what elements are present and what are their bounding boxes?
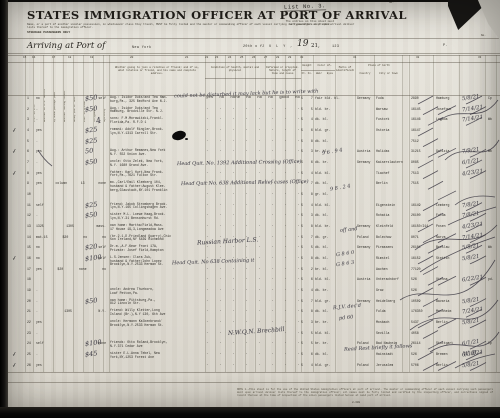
cell-date-handwritten: 7/24/21 [462,307,484,316]
cell-date-handwritten: 5/8/21 [462,254,480,262]
cell-line-number: 23 [27,332,31,336]
cell-ditto-marks: ........ [206,214,300,218]
cell-line-number: 16 [27,257,31,261]
cell-height: 5 6 [301,129,313,133]
manifest-row: 3..sons: F.M.Morawitzki,Frankl. Florida,… [0,116,500,127]
cell-country: Germany [357,97,370,101]
cell-city: Mosbach [376,321,389,325]
cell-initials: Cp [488,342,492,346]
cell-ditto-marks: ........ [206,310,300,314]
cell-city: Fuda [376,97,384,101]
cell-line-number: 10 [27,193,31,197]
no-label-right: No. [481,34,486,37]
cell-ditto-marks: ........ [206,364,300,368]
cell-complexion: bld. gr. [315,300,330,304]
cell-answers: . [36,332,106,336]
cell-line-number: 14 [27,236,31,240]
cell-address: Dr.m.,A.F.Kear Front 17A, Private: Josef… [110,245,164,252]
cell-ditto-marks: ........ [206,118,300,122]
cell-manifest-number: 7513 [411,172,419,176]
cell-place: Hamburg [436,97,449,101]
cell-city: Bolechow [376,236,391,240]
cell-date-handwritten: 4/23/21 [462,168,484,177]
cell-line-number: 3 [27,118,29,122]
cell-date-handwritten: 5/8/21 [462,94,480,102]
cell-place: Posen [436,225,446,229]
cell-city: Sevilla [376,332,389,336]
cell-amount-handwritten: $50 [85,93,98,102]
cell-city: Unterachdorf [376,278,399,282]
cell-complexion: dk. br. [315,161,328,165]
cell-complexion: bld. br. [315,108,330,112]
cell-ditto-marks: ........ [206,268,300,272]
cell-complexion: dk. bl. [315,257,328,261]
cell-place: Berlin [436,364,447,368]
cell-amount-handwritten: $25 [85,200,98,209]
cell-date-handwritten: 5/8/21 [462,243,480,251]
cell-ditto-marks: ........ [206,140,300,144]
cell-ditto-marks: ........ [206,108,300,112]
cell-ditto-marks: ........ [206,321,300,325]
cell-height: 5 5 [301,246,313,250]
cell-initials: pd. [488,278,494,282]
cell-answers: yes [36,172,106,176]
cell-complexion: dk. bl. [315,118,328,122]
column-number: 33 [478,56,481,59]
cell-line-number: 13 [27,225,31,229]
cell-place: Lagoda [436,118,447,122]
cell-height: 5 2 [301,268,313,272]
cell-address: friend: Willy Kletter,Long Island (Br.),… [110,309,165,316]
manifest-row: ✓6yes50Aug.: Arthur Remanes,New York N.Y… [0,148,500,159]
cell-initials: Wb [488,150,492,154]
cell-complexion: bld. gr. [315,129,330,133]
cell-amount-handwritten: $100 [85,253,102,263]
cell-place: Josefowo [436,108,451,112]
cell-amount-handwritten: 50 [85,147,94,156]
date-extra: 123 [332,45,339,49]
cell-place: Fulda [436,214,446,218]
cell-line-number: 2 [27,108,29,112]
cell-city: Fulda [376,310,386,314]
cell-manifest-number: 4058 [411,332,419,336]
cell-address: sons: F.M.Morawitzki,Frankl. Florida,Pa.… [110,117,164,124]
cell-city: Graz [376,289,384,293]
manifest-row: 19.uncle: Andrew Thurborn, Loaf Petton,P… [0,287,500,298]
cell-line-number: 19 [27,289,31,293]
cell-date-handwritten: 6/22/21 [462,275,484,284]
cell-address: Aug.: Arthur Remanes,New York N.Y. 552 U… [110,149,165,156]
cell-height: 5 8 [301,225,313,229]
cell-line-number: 25 [27,353,31,357]
cell-address: own home: Pittsburg,Pa., 812 Lincoln Str… [110,299,156,306]
cell-ditto-marks: ........ [206,300,300,304]
cell-ditto-marks: ........ [206,172,300,176]
cell-manifest-number: 16145 [411,108,421,112]
cell-height: 5 7 [301,97,313,101]
cell-city: Tiachef [376,172,389,176]
column-number: 26 [252,56,255,59]
cell-date-handwritten: 7/14/21 [462,232,484,241]
cell-date-handwritten: 4/23/21 [462,221,484,230]
photo-edge-bottom [0,407,500,418]
cell-complexion: dk. bl. [315,182,328,186]
page-mark: P. [443,44,448,48]
arriving-label: Arriving at Port of [27,41,105,51]
column-number: 23 [215,56,218,59]
manifest-row: 24selfnone$100friends: Otto Roland,Brook… [0,340,500,351]
cell-country: Germany [357,246,370,250]
cell-complexion: bld. br. [315,225,330,229]
cell-place: Mannheim [436,310,451,314]
cell-manifest-number: 10509 [411,300,421,304]
cell-height: 5 3 [301,150,313,154]
cell-city: Eigenstein [376,204,395,208]
check-mark: ✓ [11,148,17,156]
cell-address: sister M.L. Loewe Haag,Brook- lyn,N.Y.31… [110,213,165,220]
cell-height: 5 4 [301,204,313,208]
cell-initials: Wb [488,118,492,122]
column-number: 31 [353,56,356,59]
cell-place: Breslau [436,246,449,250]
cell-manifest-number: 5437 [411,321,419,325]
cell-address: friends: Otto Roland,Brooklyn, N.Y.371 C… [110,341,167,348]
cell-city: Rimstel [376,257,389,261]
cell-initials: Wb [488,246,492,250]
check-mark: ✓ [11,361,17,369]
column-header-relative: Whether going to join a relative or frie… [112,66,202,75]
cell-ditto-marks: ........ [206,204,300,208]
cell-complexion: gr. bl. [315,193,328,197]
footer-note: NOTE 1.—This sheet is for the use of the… [237,388,493,397]
cell-height: 5 8 [301,310,313,314]
check-mark: ✓ [11,350,17,358]
photo-edge-left [0,0,8,418]
cell-amount-handwritten: $50 [85,296,98,305]
cell-height: 5 8 [301,257,313,261]
cell-ditto-marks: ........ [206,150,300,154]
cell-city: Warsaw [376,108,387,112]
column-number: 29 [288,56,291,59]
manifest-row: 18........5 6bld. bl.AustriaUnterachdorf… [0,276,500,287]
manifest-row: 15noself$20Dr.m.,A.F.Kear Front 17A, Pri… [0,244,500,255]
cell-line-number: 1 [27,97,29,101]
cell-height: 5 6 [301,161,313,165]
handwritten-note: pd 60 [339,314,354,321]
cell-height: 5 5 [301,332,313,336]
cell-height: 5 7 [301,300,313,304]
cell-complexion: bld. bl. [315,204,330,208]
cell-city: Kleinfeld [376,225,393,229]
manifest-row: 20.$50own home: Pittsburg,Pa., 812 Linco… [0,298,500,309]
cell-answers: yes [36,364,106,368]
manifest-row: 2..$50Aug.: Isidor Duks/and Tea Hamburg,… [0,106,500,117]
cell-line-number: 20 [27,300,31,304]
cell-city: Heidelberg [376,300,395,304]
cell-complexion: fair bld. bl. [315,97,340,101]
cell-city: Aachen [376,268,387,272]
cell-ditto-marks: ........ [206,353,300,357]
cell-country: Poland [357,364,368,368]
cell-address: uncle: Otto Zelek, New York, N.Y. 1680 G… [110,160,164,167]
cell-ditto-marks: ........ [206,289,300,293]
cell-complexion: br. br. [315,342,328,346]
manifest-row: 10........5 8gr. bl. [0,191,500,202]
cell-height: 5 8 [301,193,313,197]
cell-complexion: dk. bl. [315,214,328,218]
cell-country: Germany [357,161,370,165]
cell-place: Stettin [436,257,449,261]
cell-line-number: 12 [27,214,31,218]
cell-line-number: 11 [27,204,31,208]
cell-place: Stuttgart [436,342,453,346]
cell-country: Austria [357,278,370,282]
cell-address: (br.2.1.D.Friedland Quarry),Chic son Ire… [110,235,171,242]
cell-manifest-number: 526 [411,278,417,282]
column-number: 21 [185,56,188,59]
steerage-label: STEERAGE PASSENGERS ONLY [27,31,70,34]
cell-answers: yes [36,321,106,325]
date-19: 19 [297,39,308,49]
cell-manifest-number: 176350 [411,310,422,314]
column-number: 30 [300,56,303,59]
column-number: 15 [23,56,26,59]
cell-manifest-number: 526 [411,353,417,357]
cell-country: Austria [357,150,370,154]
cell-manifest-number: 16152 [411,257,421,261]
column-number: 20 [130,56,133,59]
typist-note: The entries on this sheet must be typewr… [272,20,348,26]
cell-city: Fustork [376,118,389,122]
cell-address: uncle: Hermann Kalbenbrand/ Brooklyn,N.Y… [110,320,164,327]
column-header-pob: Place of birth [356,64,402,67]
cell-date-handwritten: 6/1/21 [462,339,480,347]
manifest-row: 21.1305N.Y.friend: Willy Kletter,Long Is… [0,308,500,319]
column-header-marks: Marks of identification [336,66,354,72]
cell-place: Bremen [436,353,447,357]
cell-date-handwritten: 7/8/21 [462,211,480,219]
cell-height: 5 3 [301,214,313,218]
cell-manifest-number: 26104 [411,246,421,250]
cell-answers: yescolumn13none [36,182,106,186]
cell-height: 5 4 [301,364,313,368]
column-number: 17 [52,56,55,59]
cell-city: Pirmasens [376,246,393,250]
cell-complexion: dk. br. [315,289,328,293]
manifest-row: 1313251305mass.own home: Martha/Field,Ma… [0,223,500,234]
column-header-deformed: Deformed or crippled. Nature, length of … [266,66,299,75]
cell-complexion: br. br. [315,321,328,325]
cell-city: Rohatia [376,214,389,218]
footer-mark: 2—308 [352,401,360,404]
cell-manifest-number: 526 [411,289,417,293]
cell-amount-handwritten: $20 [85,243,98,252]
cell-city: Halidas [376,150,389,154]
cell-manifest-number: 7515 [411,182,419,186]
cell-city: Jerusalem [376,364,393,368]
list-number: List No. 3. [284,2,326,11]
cell-ditto-marks: ........ [206,225,300,229]
cell-amount-handwritten: $50 [85,211,98,220]
cell-manifest-number: 26114 [411,342,421,346]
cell-complexion: br. bl. [315,268,328,272]
cell-line-number: 22 [27,321,31,325]
date-month: J U L Y , [262,45,294,49]
cell-line-number: 15 [27,246,31,250]
check-mark: ✓ [11,254,17,262]
cell-city: Hainstadt [376,353,393,357]
cell-amount-handwritten: $100 [85,338,102,348]
manifest-row: 11self$25friend: Jakob Stromberg Brook- … [0,202,500,213]
cell-complexion: dk. bl. [315,310,328,314]
cell-line-number: 7 [27,161,29,165]
cell-date-handwritten: 5/8/21 [462,318,480,326]
cell-ditto-marks: ........ [206,193,300,197]
cell-complexion: bld. gr. [315,364,330,368]
cell-manifest-number: 9085 [411,161,419,165]
photo-edge-top [0,0,470,2]
cell-line-number: 6 [27,150,29,154]
cell-answers: yes [36,150,106,154]
column-number: 18 [68,56,71,59]
cell-address: father: Karl Hurt,New Frank- fort,Pa.,76… [110,171,164,178]
cell-country: Poland [357,236,368,240]
cell-complexion: dk. bl. [315,246,328,250]
cell-manifest-number: 77120 [411,268,421,272]
cell-city: Kaiserslautern [376,161,403,165]
page-title: STATES IMMIGRATION OFFICER AT PORT OF AR… [27,8,407,22]
manifest-row: 12.$50sister M.L. Loewe Haag,Brook- lyn,… [0,212,500,223]
cell-line-number: 9 [27,182,29,186]
cell-city: Berlin [376,182,387,186]
cell-manifest-number: 7512 [411,140,419,144]
check-mark: ✓ [11,169,17,177]
cell-manifest-number: 16149 [411,204,421,208]
cell-manifest-number: 16147 [411,129,421,133]
cell-ditto-marks: ........ [206,278,300,282]
cell-place: Vienna [436,278,447,282]
ink-blot-small [185,138,188,140]
cell-date-handwritten: 7/14/21 [462,104,484,113]
cell-amount-handwritten: $25 [85,136,98,145]
cell-complexion: dk. gr. [315,236,328,240]
cell-complexion: dk. bl. [315,140,328,144]
column-number: 27 [264,56,267,59]
cell-date-handwritten: 7/8/21 [462,200,480,208]
cell-manifest-number: 16146 [411,118,421,122]
cell-answers: . [36,289,106,293]
check-mark: ✓ [11,127,17,135]
cell-place: Bavaria [436,300,449,304]
cell-address: Aug.: Isidor Duks/and Tea Ham- burg,Pa.,… [110,96,167,103]
date-year: 21, [311,43,320,49]
cell-ditto-marks: ........ [206,129,300,133]
cell-height: 5 8 [301,140,313,144]
cell-height: 5 7 [301,236,313,240]
cell-place: Narva [436,236,446,240]
cell-line-number: 26 [27,364,31,368]
cell-manifest-number: 31215 [411,150,421,154]
cell-address: sister E.L.Anna Tebel, New York,NY,1253 … [110,352,160,359]
cell-address: romani: Adolf Ringler,Brook- lyn,N.Y.131… [110,128,164,135]
cell-height: 5 6 [301,353,313,357]
cell-date-handwritten: 7/14/21 [462,115,484,124]
cell-manifest-number: 26100 [411,214,421,218]
column-number: 16 [32,56,35,59]
manifest-row: ✓25.$45sister E.L.Anna Tebel, New York,N… [0,351,500,362]
column-number: 24 [228,56,231,59]
document-scan: STATES IMMIGRATION OFFICER AT PORT OF AR… [0,0,500,418]
cell-height: 5 3 [301,321,313,325]
column-number: 19 [90,56,93,59]
cell-height: 5 5 [301,108,313,112]
cell-place: Berlin [436,321,447,325]
column-number: 25 [240,56,243,59]
cell-answers: yes$20noneno [36,268,106,272]
manifest-row: 17yes$20noneno........5 2br. bl.Aachen77… [0,266,500,277]
cell-complexion: dk. bl. [315,353,328,357]
column-header-health: Condition of health, mental and physical [207,66,263,72]
cell-answers: 13251305mass. [36,225,106,229]
cell-initials: Cp [488,97,492,101]
cell-address: uncle: Andrew Thurborn, Loaf Petton,Pa. [110,288,154,295]
cell-ditto-marks: ........ [206,342,300,346]
cell-date-handwritten: 5/8/21 [462,296,480,304]
cell-line-number: 4 [27,129,29,133]
cell-line-number: 21 [27,310,31,314]
cell-place: Galizia [436,150,449,154]
port-value: New York [132,46,151,50]
cell-complexion: bld. bl. [315,172,330,176]
cell-line-number: 5 [27,140,29,144]
cell-line-number: 8 [27,172,29,176]
column-number: 22 [205,56,208,59]
cell-manifest-number: 16150/214 [411,225,428,229]
cell-amount-handwritten: $50 [85,104,98,113]
column-number: 32 [416,56,419,59]
cell-manifest-number: 8071 [411,236,419,240]
manifest-row: 5.$25........5 8dk. bl.7512 [0,138,500,149]
cell-complexion: bld. bl. [315,278,330,282]
cell-city: Ostoria [376,129,389,133]
cell-height: 5 4 [301,172,313,176]
cell-height: 5 4 [301,289,313,293]
column-header-color: Color of— [314,64,335,67]
cell-complexion: bld. bl. [315,332,330,336]
cell-line-number: 18 [27,278,31,282]
cell-date-handwritten: 7/9/21 [462,147,480,155]
cell-amount-handwritten: $50 [85,157,98,166]
column-number: 28 [276,56,279,59]
date-day: 20th o f [243,45,262,49]
cell-date-handwritten: 6/1/21 [462,158,480,166]
cell-manifest-number: 2890 [411,97,419,101]
cell-address: Aug.: Isidor Duks/and Tea Hamburg, Brodv… [110,107,164,114]
cell-answers: mat.15$20nono [36,236,106,240]
cell-address: friend: Jakob Stromberg Brook- lyn,N.Y.1… [110,203,167,210]
cell-date-handwritten: 5/8/21 [462,360,480,368]
column-header-height: Height [301,64,313,67]
cell-line-number: 24 [27,342,31,346]
manifest-row: ✓26yes........5 4bld. gr.PolandJerusalem… [0,362,500,373]
cell-answers: .1305N.Y. [36,310,106,314]
cell-address: own home: Martha/Field,Mass. 17 House 19… [110,224,164,231]
cell-ditto-marks: ........ [206,246,300,250]
cell-amount-handwritten: $45 [85,349,98,358]
cell-place: Lemberg [436,204,449,208]
cell-height: 5 5 [301,342,313,346]
cell-line-number: 17 [27,268,31,272]
